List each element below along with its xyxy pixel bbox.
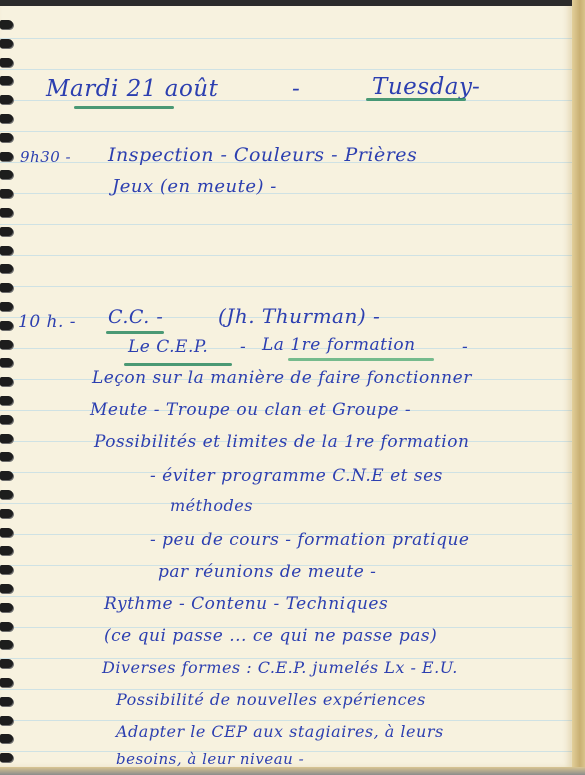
subtitle-end-dash: - xyxy=(462,337,468,357)
spiral-coil xyxy=(0,302,13,311)
spiral-coil xyxy=(0,452,13,461)
spiral-coil xyxy=(0,716,13,725)
subtitle-b-underline xyxy=(288,358,434,361)
spiral-coil xyxy=(0,565,13,574)
spiral-coil xyxy=(0,283,13,292)
page-stack-edge xyxy=(572,0,585,775)
subtitle-a-underline xyxy=(124,363,232,366)
entry-line: méthodes xyxy=(170,496,253,515)
header-trailing-dash: - xyxy=(472,74,480,100)
entry-line: - éviter programme C.N.E et ses xyxy=(150,466,443,486)
spiral-coil xyxy=(0,697,13,706)
spiral-coil xyxy=(0,170,13,179)
entry-line: Leçon sur la manière de faire fonctionne… xyxy=(92,368,472,388)
spiral-coil xyxy=(0,396,13,405)
day-heading: Tuesday xyxy=(372,74,473,100)
entry-time: 9h30 - xyxy=(20,148,71,166)
page-bottom-edge xyxy=(0,767,585,775)
spiral-coil xyxy=(0,509,13,518)
spiral-coil xyxy=(0,152,13,161)
header-separator: - xyxy=(292,76,300,102)
entry-line: Adapter le CEP aux stagiaires, à leurs xyxy=(116,722,444,741)
spiral-coil xyxy=(0,471,13,480)
session-speaker: (Jh. Thurman) - xyxy=(218,304,380,328)
spiral-coil xyxy=(0,340,13,349)
spiral-coil xyxy=(0,114,13,123)
entry-line: Jeux (en meute) - xyxy=(112,176,277,197)
entry-line: Meute - Troupe ou clan et Groupe - xyxy=(90,400,411,420)
page-top-edge xyxy=(0,0,585,6)
spiral-coil xyxy=(0,659,13,668)
entry-line: Diverses formes : C.E.P. jumelés Lx - E.… xyxy=(102,658,458,677)
spiral-coil xyxy=(0,603,13,612)
spiral-coil xyxy=(0,415,13,424)
spiral-coil xyxy=(0,622,13,631)
spiral-coil xyxy=(0,528,13,537)
spiral-coil xyxy=(0,377,13,386)
entry-time: 10 h. - xyxy=(18,312,76,332)
spiral-coil xyxy=(0,640,13,649)
date-underline xyxy=(74,106,174,109)
day-underline xyxy=(366,98,466,101)
spiral-coil xyxy=(0,490,13,499)
entry-line: Inspection - Couleurs - Prières xyxy=(108,144,417,166)
entry-line: besoins, à leur niveau - xyxy=(116,750,304,768)
entry-line: Possibilités et limites de la 1re format… xyxy=(94,432,469,452)
spiral-coil xyxy=(0,189,13,198)
session-title: C.C. - xyxy=(108,306,163,328)
spiral-coil xyxy=(0,39,13,48)
spiral-coil xyxy=(0,734,13,743)
spiral-coil xyxy=(0,227,13,236)
spiral-coil xyxy=(0,76,13,85)
session-subtitle-a: Le C.E.P. xyxy=(128,337,208,357)
subtitle-separator: - xyxy=(240,337,246,357)
date-heading: Mardi 21 août xyxy=(46,76,218,102)
spiral-coil xyxy=(0,95,13,104)
spiral-coil xyxy=(0,584,13,593)
session-title-underline xyxy=(106,331,164,334)
spiral-coil xyxy=(0,20,13,29)
spiral-coil xyxy=(0,358,13,367)
spiral-coil xyxy=(0,546,13,555)
spiral-coil xyxy=(0,753,13,762)
entry-line: Rythme - Contenu - Techniques xyxy=(104,594,388,614)
spiral-coil xyxy=(0,321,13,330)
spiral-coil xyxy=(0,208,13,217)
spiral-coil xyxy=(0,264,13,273)
entry-line: (ce qui passe ... ce qui ne passe pas) xyxy=(104,626,437,646)
spiral-binding xyxy=(0,20,16,770)
spiral-coil xyxy=(0,678,13,687)
spiral-coil xyxy=(0,246,13,255)
spiral-coil xyxy=(0,133,13,142)
entry-line: Possibilité de nouvelles expériences xyxy=(116,690,426,709)
spiral-coil xyxy=(0,58,13,67)
session-subtitle-b: La 1re formation xyxy=(262,335,416,355)
entry-line: par réunions de meute - xyxy=(158,562,376,582)
spiral-coil xyxy=(0,434,13,443)
entry-line: - peu de cours - formation pratique xyxy=(150,530,469,550)
